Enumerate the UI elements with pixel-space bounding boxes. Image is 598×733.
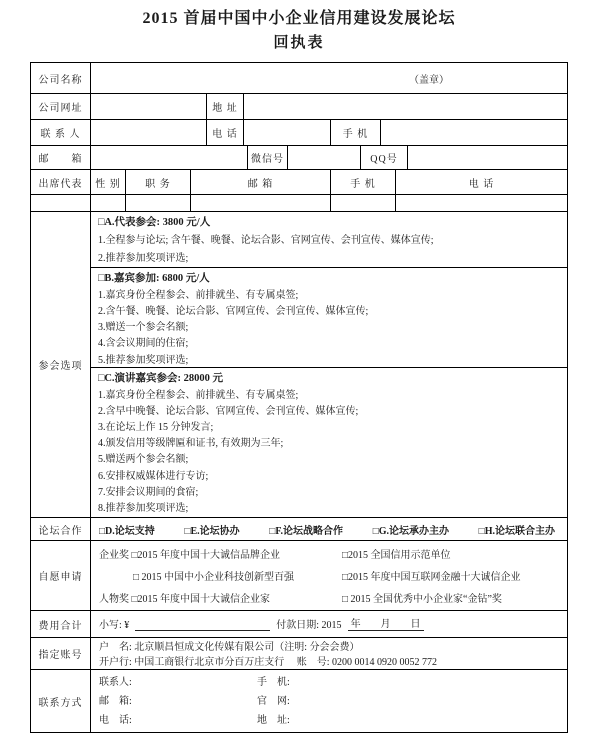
fee-amount-prefix: 小写: ¥ xyxy=(99,616,129,631)
delegate-entry-row xyxy=(31,195,567,212)
delegates-header-row: 出席代表 性 别 职 务 邮 箱 手 机 电 话 xyxy=(31,170,567,195)
award-gold-diamond-checkbox[interactable]: □ 2015 全国优秀中小企业家“金钻”奖 xyxy=(342,589,563,610)
email-field[interactable] xyxy=(91,146,248,169)
award-tech-innovation-checkbox[interactable]: □ 2015 中国中小企业科技创新型百强 xyxy=(99,567,342,589)
option-c-item: 6.安排权威媒体进行专访; xyxy=(98,469,561,485)
delegate-col-mobile: 手 机 xyxy=(331,170,396,194)
delegate-email-field[interactable] xyxy=(191,195,331,211)
form-subtitle: 回执表 xyxy=(0,31,598,52)
delegate-name-field[interactable] xyxy=(31,195,91,211)
option-c-item: 2.含早中晚餐、论坛合影、官网宣传、会刊宣传、媒体宣传; xyxy=(98,404,561,420)
contact-name-field[interactable] xyxy=(91,120,207,145)
option-c-checkbox[interactable]: □C.演讲嘉宾参会: 28000 元 xyxy=(98,370,561,388)
application-line: 人物奖 □2015 年度中国十大诚信企业家 □ 2015 全国优秀中小企业家“金… xyxy=(99,589,563,610)
delegate-col-position: 职 务 xyxy=(126,170,191,194)
contact-email-field[interactable]: 邮 箱: xyxy=(99,692,257,711)
option-a-checkbox[interactable]: □A.代表参会: 3800 元/人 xyxy=(98,214,561,232)
option-a-section: □A.代表参会: 3800 元/人 1.全程参与论坛; 含午餐、晚餐、论坛合影、… xyxy=(91,212,567,268)
option-b-item: 3.赠送一个参会名额; xyxy=(98,320,561,336)
phone-field[interactable] xyxy=(244,120,331,145)
application-label: 自愿申请 xyxy=(31,541,91,610)
delegate-mobile-field[interactable] xyxy=(331,195,396,211)
fee-amount-field[interactable] xyxy=(135,618,270,631)
options-label: 参会选项 xyxy=(31,212,91,517)
wechat-label: 微信号 xyxy=(248,146,288,169)
contact-info-line: 电 话: 地 址: xyxy=(99,711,559,730)
option-c-item: 5.赠送两个参会名额; xyxy=(98,452,561,468)
delegate-gender-field[interactable] xyxy=(91,195,126,211)
email-row: 邮 箱 微信号 QQ号 xyxy=(31,146,567,170)
option-c-section: □C.演讲嘉宾参会: 28000 元 1.嘉宾身份全程参会、前排就坐、有专属桌签… xyxy=(91,368,567,518)
award-entrepreneur-checkbox[interactable]: 人物奖 □2015 年度中国十大诚信企业家 xyxy=(99,589,342,610)
cooperation-option-d-checkbox[interactable]: □D.论坛支持 xyxy=(99,522,155,537)
option-c-item: 8.推荐参加奖项评选; xyxy=(98,501,561,517)
options-row: 参会选项 □A.代表参会: 3800 元/人 1.全程参与论坛; 含午餐、晚餐、… xyxy=(31,212,567,518)
contact-info-row: 联系方式 联系人: 手 机: 邮 箱: 官 网: 电 话: 地 址: xyxy=(31,670,567,732)
option-b-item: 5.推荐参加奖项评选; xyxy=(98,353,561,368)
application-cell: 企业奖 □2015 年度中国十大诚信品牌企业 □2015 全国信用示范单位 □ … xyxy=(91,541,567,610)
option-a-item: 1.全程参与论坛; 含午餐、晚餐、论坛合影、官网宣传、会刊宣传、媒体宣传; xyxy=(98,232,561,250)
form-title: 2015 首届中国中小企业信用建设发展论坛 xyxy=(0,5,598,28)
option-b-item: 2.含午餐、晚餐、论坛合影、官网宣传、会刊宣传、媒体宣传; xyxy=(98,304,561,320)
option-a-item: 2.推荐参加奖项评选; xyxy=(98,250,561,268)
option-c-item: 3.在论坛上作 15 分钟发言; xyxy=(98,420,561,436)
delegates-label: 出席代表 xyxy=(31,170,91,194)
delegate-col-phone: 电 话 xyxy=(396,170,567,194)
contact-phone-field[interactable]: 电 话: xyxy=(99,711,257,730)
delegate-position-field[interactable] xyxy=(126,195,191,211)
contact-address-field[interactable]: 地 址: xyxy=(257,711,559,730)
fee-label: 费用合计 xyxy=(31,611,91,637)
options-cell: □A.代表参会: 3800 元/人 1.全程参与论坛; 含午餐、晚餐、论坛合影、… xyxy=(91,212,567,517)
contact-info-label: 联系方式 xyxy=(31,670,91,732)
company-name-row: 公司名称 （盖章） xyxy=(31,63,567,94)
phone-label: 电 话 xyxy=(207,120,244,145)
option-c-item: 1.嘉宾身份全程参会、前排就坐、有专属桌签; xyxy=(98,388,561,404)
address-label: 地 址 xyxy=(207,94,244,119)
option-c-item: 7.安排会议期间的食宿; xyxy=(98,485,561,501)
website-label: 公司网址 xyxy=(31,94,91,119)
option-b-checkbox[interactable]: □B.嘉宾参加: 6800 元/人 xyxy=(98,270,561,288)
cooperation-cell: □D.论坛支持 □E.论坛协办 □F.论坛战略合作 □G.论坛承办主办 □H.论… xyxy=(91,518,567,540)
form-page: 2015 首届中国中小企业信用建设发展论坛 回执表 公司名称 （盖章） 公司网址… xyxy=(0,0,598,733)
website-address-row: 公司网址 地 址 xyxy=(31,94,567,120)
delegate-col-gender: 性 别 xyxy=(91,170,126,194)
account-bank-line: 开户行: 中国工商银行北京市分百万庄支行 账 号: 0200 0014 0920… xyxy=(99,655,559,669)
address-field[interactable] xyxy=(244,94,567,119)
registration-form-table: 公司名称 （盖章） 公司网址 地 址 联 系 人 电 话 手 机 邮 箱 微信号 xyxy=(30,62,568,733)
contact-name-label: 联 系 人 xyxy=(31,120,91,145)
mobile-field[interactable] xyxy=(381,120,567,145)
option-b-item: 4.含会议期间的住宿; xyxy=(98,336,561,352)
cooperation-option-f-checkbox[interactable]: □F.论坛战略合作 xyxy=(269,522,343,537)
fee-cell: 小写: ¥ 付款日期: 2015 年 月 日 xyxy=(91,611,567,637)
cooperation-option-g-checkbox[interactable]: □G.论坛承办主办 xyxy=(373,522,449,537)
qq-label: QQ号 xyxy=(361,146,408,169)
fee-date-prefix: 付款日期: 2015 xyxy=(276,616,341,631)
mobile-label: 手 机 xyxy=(331,120,381,145)
application-row: 自愿申请 企业奖 □2015 年度中国十大诚信品牌企业 □2015 全国信用示范… xyxy=(31,541,567,611)
contact-info-cell: 联系人: 手 机: 邮 箱: 官 网: 电 话: 地 址: xyxy=(91,670,567,732)
application-line: 企业奖 □2015 年度中国十大诚信品牌企业 □2015 全国信用示范单位 xyxy=(99,545,563,567)
seal-note: （盖章） xyxy=(409,71,449,86)
fee-row: 费用合计 小写: ¥ 付款日期: 2015 年 月 日 xyxy=(31,611,567,638)
contact-row: 联 系 人 电 话 手 机 xyxy=(31,120,567,146)
fee-date-field[interactable]: 年 月 日 xyxy=(348,615,424,631)
wechat-field[interactable] xyxy=(288,146,361,169)
option-b-section: □B.嘉宾参加: 6800 元/人 1.嘉宾身份全程参会、前排就坐、有专属桌签;… xyxy=(91,268,567,368)
website-field[interactable] xyxy=(91,94,207,119)
cooperation-row: 论坛合作 □D.论坛支持 □E.论坛协办 □F.论坛战略合作 □G.论坛承办主办… xyxy=(31,518,567,541)
company-name-label: 公司名称 xyxy=(31,63,91,93)
award-internet-finance-checkbox[interactable]: □2015 年度中国互联网金融十大诚信企业 xyxy=(342,567,563,589)
delegate-phone-field[interactable] xyxy=(396,195,567,211)
qq-field[interactable] xyxy=(408,146,567,169)
contact-info-line: 邮 箱: 官 网: xyxy=(99,692,559,711)
account-label: 指定账号 xyxy=(31,638,91,669)
company-name-field[interactable]: （盖章） xyxy=(91,63,567,93)
award-credit-model-checkbox[interactable]: □2015 全国信用示范单位 xyxy=(342,545,563,567)
account-holder-line: 户 名: 北京顺昌恒成文化传媒有限公司（注明: 分会会费） xyxy=(99,640,559,655)
contact-mobile-field[interactable]: 手 机: xyxy=(257,673,559,692)
option-c-item: 4.颁发信用等级牌匾和证书, 有效期为三年; xyxy=(98,436,561,452)
contact-person-field[interactable]: 联系人: xyxy=(99,673,257,692)
delegate-col-email: 邮 箱 xyxy=(191,170,331,194)
contact-info-line: 联系人: 手 机: xyxy=(99,673,559,692)
application-line: □ 2015 中国中小企业科技创新型百强 □2015 年度中国互联网金融十大诚信… xyxy=(99,567,563,589)
account-cell: 户 名: 北京顺昌恒成文化传媒有限公司（注明: 分会会费） 开户行: 中国工商银… xyxy=(91,638,567,669)
award-enterprise-brand-checkbox[interactable]: 企业奖 □2015 年度中国十大诚信品牌企业 xyxy=(99,545,342,567)
option-b-item: 1.嘉宾身份全程参会、前排就坐、有专属桌签; xyxy=(98,288,561,304)
cooperation-option-e-checkbox[interactable]: □E.论坛协办 xyxy=(184,522,239,537)
email-label: 邮 箱 xyxy=(31,146,91,169)
cooperation-option-h-checkbox[interactable]: □H.论坛联合主办 xyxy=(479,522,555,537)
contact-website-field[interactable]: 官 网: xyxy=(257,692,559,711)
cooperation-label: 论坛合作 xyxy=(31,518,91,540)
account-row: 指定账号 户 名: 北京顺昌恒成文化传媒有限公司（注明: 分会会费） 开户行: … xyxy=(31,638,567,670)
